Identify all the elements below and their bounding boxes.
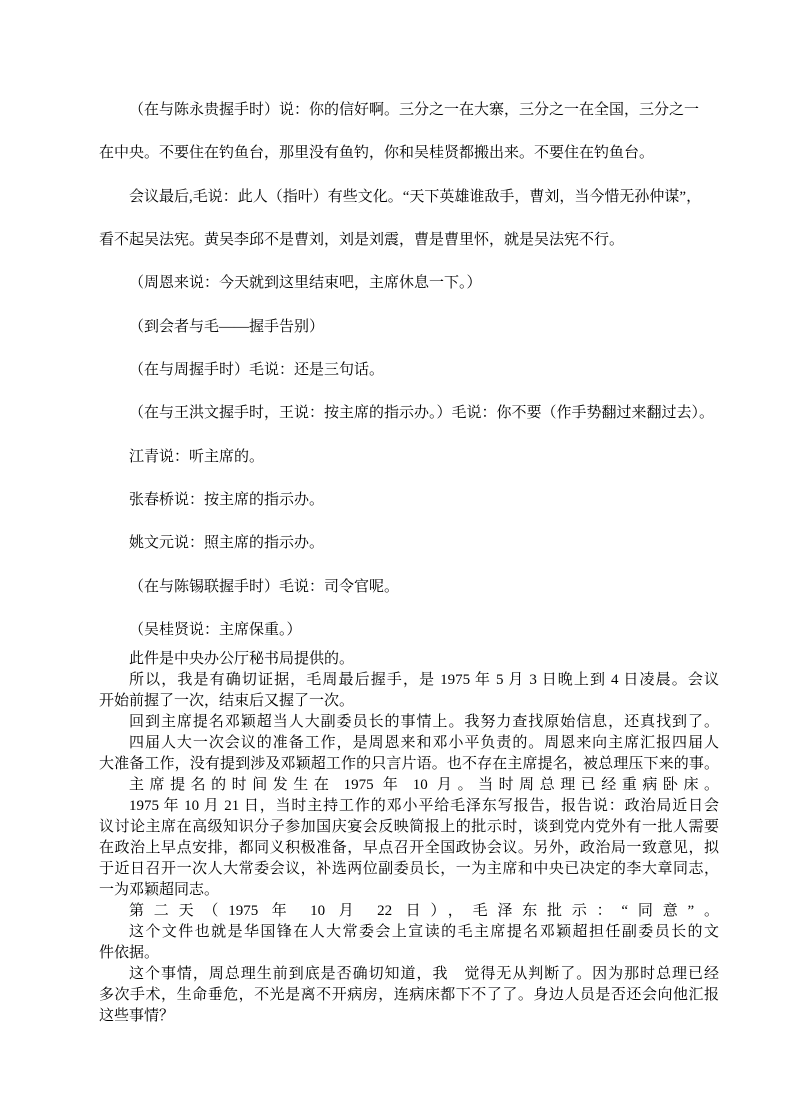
text-line: 一为邓颖超同志。 — [99, 880, 719, 901]
text-line: 多次手术，生命垂危，不光是离不开病房，连病床都下不了了。身边人员是否还会向他汇报 — [99, 985, 719, 1006]
paragraph: （周恩来说：今天就到这里结束吧，主席休息一下。） — [99, 262, 719, 305]
paragraph: 四届人大一次会议的准备工作，是周恩来和邓小平负责的。周恩来向主席汇报四届人大准备… — [99, 733, 719, 775]
text-line: 于近日召开一次人大常委会议，补选两位副委员长，一为主席和中央已决定的李大章同志， — [99, 859, 719, 880]
dialog-section: （在与陈永贵握手时）说：你的信好啊。三分之一在大寨，三分之一在全国，三分之一在中… — [99, 89, 719, 652]
paragraph: （到会者与毛——握手告别） — [99, 306, 719, 349]
paragraph: 1975 年 10 月 21 日，当时主持工作的邓小平给毛泽东写报告，报告说：政… — [99, 796, 719, 901]
text-line: （周恩来说：今天就到这里结束吧，主席休息一下。） — [99, 262, 719, 305]
text-line: 1975 年 10 月 21 日，当时主持工作的邓小平给毛泽东写报告，报告说：政… — [99, 796, 719, 817]
text-line: （在与王洪文握手时，王说：按主席的指示办。）毛说：你不要（作手势翻过来翻过去）。 — [99, 392, 719, 435]
paragraph: （在与王洪文握手时，王说：按主席的指示办。）毛说：你不要（作手势翻过来翻过去）。 — [99, 392, 719, 435]
text-line: 大准备工作，没有提到涉及邓颖超工作的只言片语。也不存在主席提名，被总理压下来的事… — [99, 754, 719, 775]
document-page: （在与陈永贵握手时）说：你的信好啊。三分之一在大寨，三分之一在全国，三分之一在中… — [99, 89, 719, 1027]
text-line: 会议最后,毛说：此人（指叶）有些文化。“天下英雄谁敌手，曹刘，当今惜无孙仲谋”， — [99, 176, 719, 219]
paragraph: 回到主席提名邓颖超当人大副委员长的事情上。我努力查找原始信息，还真找到了。 — [99, 712, 719, 733]
text-line: 件依据。 — [99, 943, 719, 964]
text-line: 此件是中央办公厅秘书局提供的。 — [99, 649, 719, 670]
text-line: 这些事情？ — [99, 1006, 719, 1027]
paragraph: （在与周握手时）毛说：还是三句话。 — [99, 349, 719, 392]
text-line: （在与陈锡联握手时）毛说：司令官呢。 — [99, 566, 719, 609]
paragraph: 这个事情，周总理生前到底是否确切知道，我 觉得无从判断了。因为那时总理已经多次手… — [99, 964, 719, 1027]
paragraph: 江青说：听主席的。 — [99, 436, 719, 479]
text-line: 议讨论主席在高级知识分子参加国庆宴会反映简报上的批示时，谈到党内党外有一批人需要 — [99, 817, 719, 838]
paragraph: （在与陈锡联握手时）毛说：司令官呢。 — [99, 566, 719, 609]
paragraph: 主席提名的时间发生在 1975 年 10 月。当时周总理已经重病卧床。 — [99, 775, 719, 796]
text-line: 姚文元说：照主席的指示办。 — [99, 522, 719, 565]
analysis-section: 此件是中央办公厅秘书局提供的。所以，我是有确切证据，毛周最后握手，是 1975 … — [99, 649, 719, 1027]
text-line: （到会者与毛——握手告别） — [99, 306, 719, 349]
text-line: （吴桂贤说：主席保重。） — [99, 609, 719, 652]
paragraph: 张春桥说：按主席的指示办。 — [99, 479, 719, 522]
paragraph: 所以，我是有确切证据，毛周最后握手，是 1975 年 5 月 3 日晚上到 4 … — [99, 670, 719, 712]
text-line: 在政治上早点安排，都同义积极准备，早点召开全国政协会议。另外，政治局一致意见，拟 — [99, 838, 719, 859]
text-line: 回到主席提名邓颖超当人大副委员长的事情上。我努力查找原始信息，还真找到了。 — [99, 712, 719, 733]
text-line: 开始前握了一次，结束后又握了一次。 — [99, 691, 719, 712]
text-line: （在与周握手时）毛说：还是三句话。 — [99, 349, 719, 392]
paragraph: 会议最后,毛说：此人（指叶）有些文化。“天下英雄谁敌手，曹刘，当今惜无孙仲谋”，… — [99, 176, 719, 263]
text-line: 这个事情，周总理生前到底是否确切知道，我 觉得无从判断了。因为那时总理已经 — [99, 964, 719, 985]
paragraph: 这个文件也就是华国锋在人大常委会上宣读的毛主席提名邓颖超担任副委员长的文件依据。 — [99, 922, 719, 964]
paragraph: 姚文元说：照主席的指示办。 — [99, 522, 719, 565]
text-line: 所以，我是有确切证据，毛周最后握手，是 1975 年 5 月 3 日晚上到 4 … — [99, 670, 719, 691]
text-line: 四届人大一次会议的准备工作，是周恩来和邓小平负责的。周恩来向主席汇报四届人 — [99, 733, 719, 754]
text-line: 江青说：听主席的。 — [99, 436, 719, 479]
text-line: 在中央。不要住在钓鱼台，那里没有鱼钓，你和吴桂贤都搬出来。不要住在钓鱼台。 — [99, 132, 719, 175]
paragraph: （在与陈永贵握手时）说：你的信好啊。三分之一在大寨，三分之一在全国，三分之一在中… — [99, 89, 719, 176]
paragraph: 此件是中央办公厅秘书局提供的。 — [99, 649, 719, 670]
text-line: 这个文件也就是华国锋在人大常委会上宣读的毛主席提名邓颖超担任副委员长的文 — [99, 922, 719, 943]
paragraph: 第二天（1975 年 10 月 22 日），毛泽东批示：“同意”。 — [99, 901, 719, 922]
text-line: 主席提名的时间发生在 1975 年 10 月。当时周总理已经重病卧床。 — [99, 775, 719, 796]
text-line: 第二天（1975 年 10 月 22 日），毛泽东批示：“同意”。 — [99, 901, 719, 922]
text-line: （在与陈永贵握手时）说：你的信好啊。三分之一在大寨，三分之一在全国，三分之一 — [99, 89, 719, 132]
text-line: 看不起吴法宪。黄吴李邱不是曹刘，刘是刘震，曹是曹里怀，就是吴法宪不行。 — [99, 219, 719, 262]
text-line: 张春桥说：按主席的指示办。 — [99, 479, 719, 522]
paragraph: （吴桂贤说：主席保重。） — [99, 609, 719, 652]
